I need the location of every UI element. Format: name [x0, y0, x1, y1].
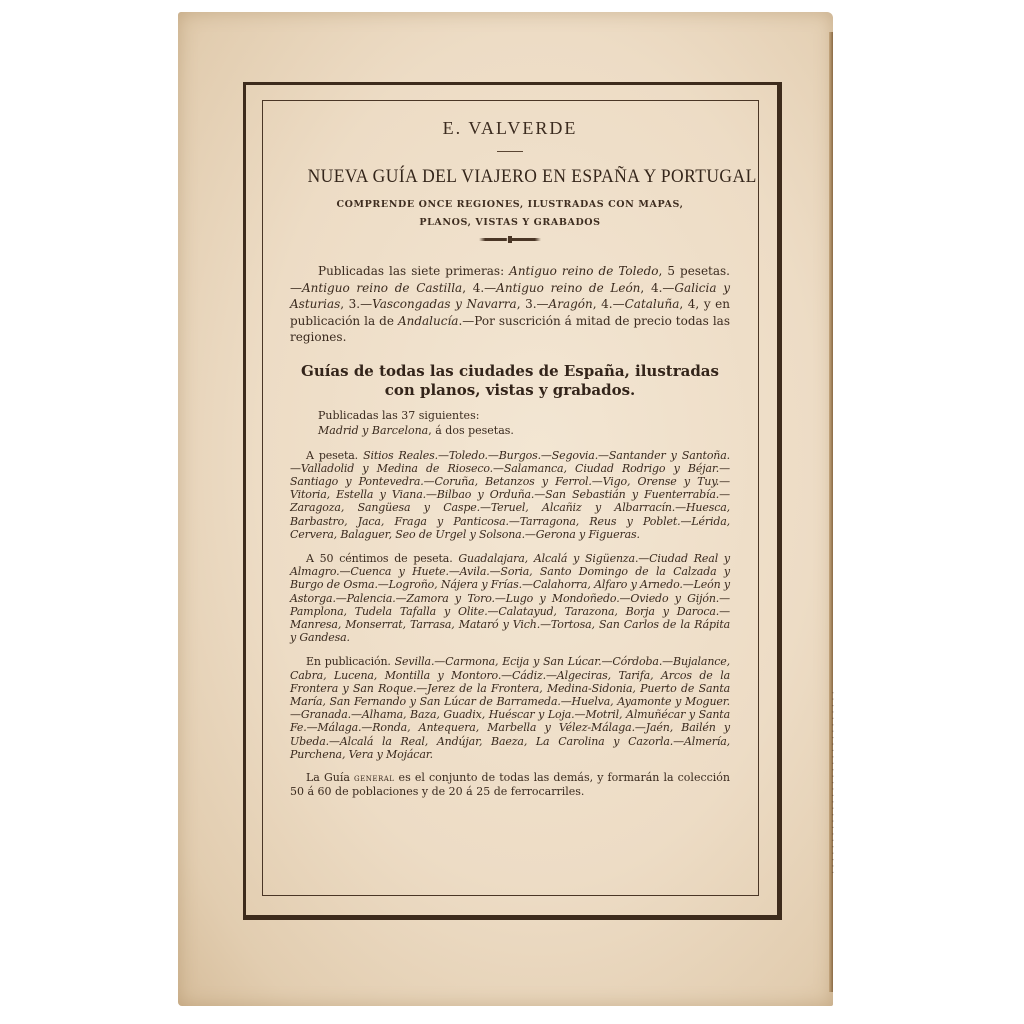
page-content: E. VALVERDE NUEVA GUÍA DEL VIAJERO EN ES…	[290, 112, 730, 810]
general-word: general	[354, 773, 394, 784]
region-leon: Antiguo reino de León	[496, 281, 640, 295]
spine-text: .............................	[827, 690, 839, 900]
region-castilla: Antiguo reino de Castilla	[302, 281, 462, 295]
price-text: , 3.—	[517, 297, 549, 311]
price-text: , 4.—	[640, 281, 674, 295]
book-title: NUEVA GUÍA DEL VIAJERO EN ESPAÑA Y PORTU…	[308, 166, 713, 188]
region-toledo: Antiguo reino de Toledo	[509, 264, 658, 278]
group-cities: Sitios Reales.—Toledo.—Burgos.—Segovia.—…	[290, 449, 730, 541]
closing-prefix: La	[306, 771, 324, 784]
region-aragon: Aragón	[549, 297, 593, 311]
subtitle-line-2: PLANOS, VISTAS Y GRABADOS	[290, 214, 730, 232]
guia-word: Guía	[324, 771, 350, 784]
region-andalucia: Andalucía	[398, 314, 459, 328]
price-text: , 4.—	[462, 281, 496, 295]
ornament-divider-icon	[479, 238, 541, 241]
madrid-barcelona-price: , á dos pesetas.	[428, 424, 514, 437]
price-group-fifty-centimos: A 50 céntimos de peseta. Guadalajara, Al…	[290, 552, 730, 644]
book-subtitle: COMPRENDE ONCE REGIONES, ILUSTRADAS CON …	[290, 196, 730, 232]
regions-intro: Publicadas las siete primeras:	[318, 264, 509, 278]
group-cities: Guadalajara, Alcalá y Sigüenza.—Ciudad R…	[290, 552, 730, 644]
group-cities: Sevilla.—Carmona, Ecija y San Lúcar.—Cór…	[290, 655, 730, 760]
published-count: Publicadas las 37 siguientes:	[290, 408, 730, 423]
price-text: , 3.—	[340, 297, 372, 311]
group-lead: A peseta.	[306, 449, 358, 462]
region-cataluna: Cataluña	[625, 297, 680, 311]
price-group-in-publication: En publicación. Sevilla.—Carmona, Ecija …	[290, 655, 730, 761]
madrid-barcelona-cities: Madrid y Barcelona	[318, 424, 428, 437]
group-lead: En publicación.	[306, 655, 391, 668]
closing-paragraph: La Guía general es el conjunto de todas …	[290, 771, 730, 799]
divider-rule	[497, 151, 523, 152]
madrid-barcelona-line: Madrid y Barcelona, á dos pesetas.	[290, 423, 730, 438]
price-text: , 4.—	[593, 297, 625, 311]
region-vascongadas: Vascongadas y Navarra	[372, 297, 517, 311]
regions-paragraph: Publicadas las siete primeras: Antiguo r…	[290, 263, 730, 346]
subtitle-line-1: COMPRENDE ONCE REGIONES, ILUSTRADAS CON …	[290, 196, 730, 214]
author-name: E. VALVERDE	[290, 118, 730, 139]
cities-heading: Guías de todas las ciudades de España, i…	[290, 362, 730, 400]
price-group-one-peseta: A peseta. Sitios Reales.—Toledo.—Burgos.…	[290, 449, 730, 541]
group-lead: A 50 céntimos de peseta.	[306, 552, 453, 565]
